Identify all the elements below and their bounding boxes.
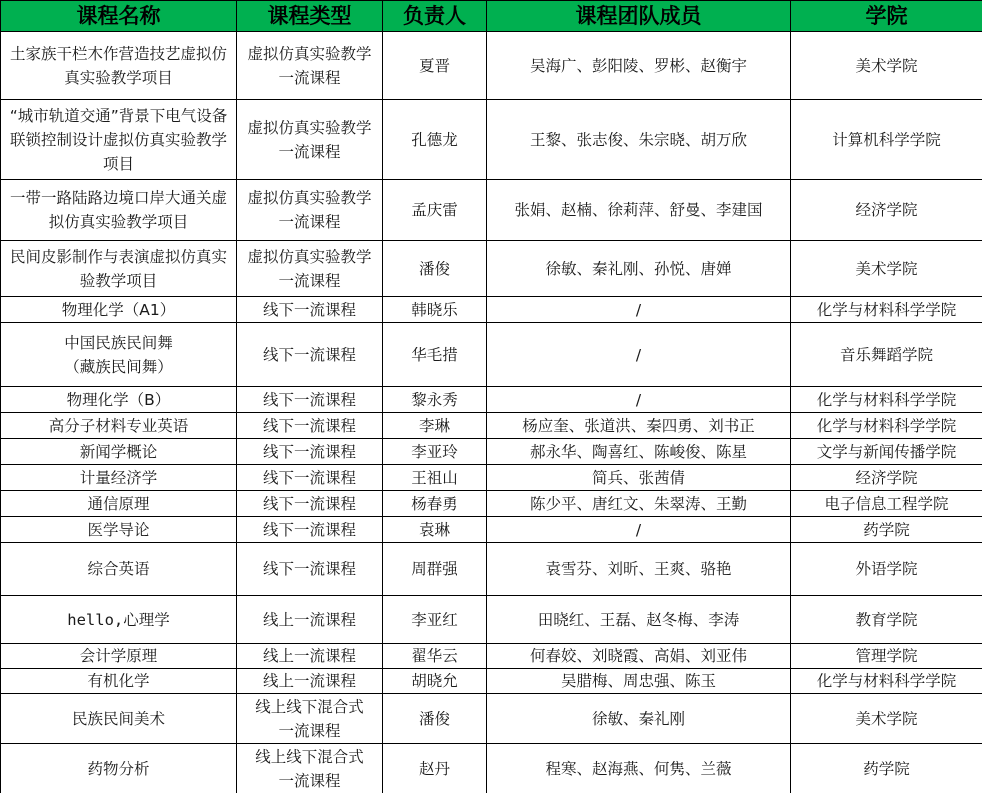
lead-cell: 李琳	[383, 413, 487, 439]
college-cell: 音乐舞蹈学院	[791, 323, 982, 387]
college-cell: 化学与材料科学学院	[791, 413, 982, 439]
course-type-cell: 虚拟仿真实验教学一流课程	[237, 241, 383, 297]
team-cell: 程寒、赵海燕、何隽、兰薇	[487, 744, 791, 793]
course-name-cell: 一带一路陆路边境口岸大通关虚拟仿真实验教学项目	[1, 180, 237, 241]
table-row: 综合英语 线下一流课程 周群强 袁雪芬、刘昕、王爽、骆艳 外语学院	[1, 543, 982, 596]
course-name-cell: 通信原理	[1, 491, 237, 517]
course-type-cell: 虚拟仿真实验教学一流课程	[237, 180, 383, 241]
table-row: 会计学原理 线上一流课程 翟华云 何春姣、刘晓霞、高娟、刘亚伟 管理学院	[1, 644, 982, 669]
team-cell: 田晓红、王磊、赵冬梅、李涛	[487, 596, 791, 644]
college-cell: 外语学院	[791, 543, 982, 596]
table-row: 土家族干栏木作营造技艺虚拟仿真实验教学项目 虚拟仿真实验教学一流课程 夏晋 吴海…	[1, 32, 982, 100]
team-cell: 吴腊梅、周忠强、陈玉	[487, 669, 791, 694]
lead-cell: 潘俊	[383, 694, 487, 744]
lead-cell: 袁琳	[383, 517, 487, 543]
lead-cell: 王祖山	[383, 465, 487, 491]
lead-cell: 胡晓允	[383, 669, 487, 694]
team-cell: /	[487, 323, 791, 387]
lead-cell: 孟庆雷	[383, 180, 487, 241]
team-cell: 郝永华、陶喜红、陈峻俊、陈星	[487, 439, 791, 465]
college-cell: 电子信息工程学院	[791, 491, 982, 517]
table-row: 高分子材料专业英语 线下一流课程 李琳 杨应奎、张道洪、秦四勇、刘书正 化学与材…	[1, 413, 982, 439]
course-name-cell: hello,心理学	[1, 596, 237, 644]
course-type-cell: 线下一流课程	[237, 387, 383, 413]
lead-cell: 李亚红	[383, 596, 487, 644]
course-type-cell: 线上线下混合式一流课程	[237, 744, 383, 793]
course-type-cell: 线下一流课程	[237, 413, 383, 439]
team-cell: 陈少平、唐红文、朱翠涛、王勤	[487, 491, 791, 517]
header-row: 课程名称 课程类型 负责人 课程团队成员 学院	[1, 1, 982, 32]
team-cell: /	[487, 297, 791, 323]
team-cell: 徐敏、秦礼刚、孙悦、唐婵	[487, 241, 791, 297]
lead-cell: 赵丹	[383, 744, 487, 793]
table-row: 计量经济学 线下一流课程 王祖山 简兵、张茜倩 经济学院	[1, 465, 982, 491]
team-cell: 徐敏、秦礼刚	[487, 694, 791, 744]
course-type-cell: 线上一流课程	[237, 669, 383, 694]
college-cell: 经济学院	[791, 180, 982, 241]
team-cell: /	[487, 387, 791, 413]
team-cell: 张娟、赵楠、徐莉萍、舒曼、李建国	[487, 180, 791, 241]
lead-cell: 孔德龙	[383, 100, 487, 180]
college-cell: 美术学院	[791, 694, 982, 744]
college-cell: 经济学院	[791, 465, 982, 491]
college-cell: 计算机科学学院	[791, 100, 982, 180]
course-type-cell: 虚拟仿真实验教学一流课程	[237, 100, 383, 180]
course-name-cell: 土家族干栏木作营造技艺虚拟仿真实验教学项目	[1, 32, 237, 100]
course-name-cell: 新闻学概论	[1, 439, 237, 465]
course-name-cell: “城市轨道交通”背景下电气设备联锁控制设计虚拟仿真实验教学项目	[1, 100, 237, 180]
column-header-lead: 负责人	[383, 1, 487, 32]
course-name-cell: 中国民族民间舞（藏族民间舞）	[1, 323, 237, 387]
table-row: 有机化学 线上一流课程 胡晓允 吴腊梅、周忠强、陈玉 化学与材料科学学院	[1, 669, 982, 694]
table-row: 民间皮影制作与表演虚拟仿真实验教学项目 虚拟仿真实验教学一流课程 潘俊 徐敏、秦…	[1, 241, 982, 297]
table-row: 新闻学概论 线下一流课程 李亚玲 郝永华、陶喜红、陈峻俊、陈星 文学与新闻传播学…	[1, 439, 982, 465]
course-type-cell: 线上一流课程	[237, 644, 383, 669]
course-name-cell: 综合英语	[1, 543, 237, 596]
lead-cell: 黎永秀	[383, 387, 487, 413]
table-row: 通信原理 线下一流课程 杨春勇 陈少平、唐红文、朱翠涛、王勤 电子信息工程学院	[1, 491, 982, 517]
team-cell: 简兵、张茜倩	[487, 465, 791, 491]
course-name-cell: 高分子材料专业英语	[1, 413, 237, 439]
course-name-cell: 计量经济学	[1, 465, 237, 491]
course-type-cell: 线上线下混合式一流课程	[237, 694, 383, 744]
college-cell: 化学与材料科学学院	[791, 669, 982, 694]
table-row: 物理化学（B） 线下一流课程 黎永秀 / 化学与材料科学学院	[1, 387, 982, 413]
college-cell: 药学院	[791, 744, 982, 793]
lead-cell: 韩晓乐	[383, 297, 487, 323]
college-cell: 美术学院	[791, 241, 982, 297]
column-header-college: 学院	[791, 1, 982, 32]
table-row: 物理化学（A1） 线下一流课程 韩晓乐 / 化学与材料科学学院	[1, 297, 982, 323]
college-cell: 文学与新闻传播学院	[791, 439, 982, 465]
college-cell: 美术学院	[791, 32, 982, 100]
table-row: hello,心理学 线上一流课程 李亚红 田晓红、王磊、赵冬梅、李涛 教育学院	[1, 596, 982, 644]
column-header-team-members: 课程团队成员	[487, 1, 791, 32]
college-cell: 药学院	[791, 517, 982, 543]
college-cell: 管理学院	[791, 644, 982, 669]
course-type-cell: 虚拟仿真实验教学一流课程	[237, 32, 383, 100]
course-type-cell: 线下一流课程	[237, 465, 383, 491]
course-type-cell: 线下一流课程	[237, 543, 383, 596]
college-cell: 化学与材料科学学院	[791, 297, 982, 323]
course-type-cell: 线下一流课程	[237, 491, 383, 517]
column-header-course-name: 课程名称	[1, 1, 237, 32]
table-row: 中国民族民间舞（藏族民间舞） 线下一流课程 华毛措 / 音乐舞蹈学院	[1, 323, 982, 387]
course-name-cell: 物理化学（B）	[1, 387, 237, 413]
team-cell: 吴海广、彭阳陵、罗彬、赵衡宇	[487, 32, 791, 100]
course-name-cell: 有机化学	[1, 669, 237, 694]
team-cell: 杨应奎、张道洪、秦四勇、刘书正	[487, 413, 791, 439]
lead-cell: 潘俊	[383, 241, 487, 297]
college-cell: 化学与材料科学学院	[791, 387, 982, 413]
course-name-cell: 民族民间美术	[1, 694, 237, 744]
table-row: 一带一路陆路边境口岸大通关虚拟仿真实验教学项目 虚拟仿真实验教学一流课程 孟庆雷…	[1, 180, 982, 241]
course-type-cell: 线下一流课程	[237, 323, 383, 387]
table-row: 民族民间美术 线上线下混合式一流课程 潘俊 徐敏、秦礼刚 美术学院	[1, 694, 982, 744]
lead-cell: 夏晋	[383, 32, 487, 100]
lead-cell: 翟华云	[383, 644, 487, 669]
table-row: 医学导论 线下一流课程 袁琳 / 药学院	[1, 517, 982, 543]
course-name-cell: 会计学原理	[1, 644, 237, 669]
course-table: 课程名称 课程类型 负责人 课程团队成员 学院 土家族干栏木作营造技艺虚拟仿真实…	[0, 0, 982, 793]
table-row: “城市轨道交通”背景下电气设备联锁控制设计虚拟仿真实验教学项目 虚拟仿真实验教学…	[1, 100, 982, 180]
team-cell: 王黎、张志俊、朱宗晓、胡万欣	[487, 100, 791, 180]
course-type-cell: 线下一流课程	[237, 297, 383, 323]
course-name-cell: 民间皮影制作与表演虚拟仿真实验教学项目	[1, 241, 237, 297]
lead-cell: 李亚玲	[383, 439, 487, 465]
lead-cell: 周群强	[383, 543, 487, 596]
team-cell: 袁雪芬、刘昕、王爽、骆艳	[487, 543, 791, 596]
team-cell: 何春姣、刘晓霞、高娟、刘亚伟	[487, 644, 791, 669]
course-type-cell: 线下一流课程	[237, 517, 383, 543]
table-row: 药物分析 线上线下混合式一流课程 赵丹 程寒、赵海燕、何隽、兰薇 药学院	[1, 744, 982, 793]
college-cell: 教育学院	[791, 596, 982, 644]
course-type-cell: 线上一流课程	[237, 596, 383, 644]
lead-cell: 华毛措	[383, 323, 487, 387]
course-name-cell: 药物分析	[1, 744, 237, 793]
course-type-cell: 线下一流课程	[237, 439, 383, 465]
team-cell: /	[487, 517, 791, 543]
lead-cell: 杨春勇	[383, 491, 487, 517]
course-name-cell: 物理化学（A1）	[1, 297, 237, 323]
column-header-course-type: 课程类型	[237, 1, 383, 32]
course-name-cell: 医学导论	[1, 517, 237, 543]
